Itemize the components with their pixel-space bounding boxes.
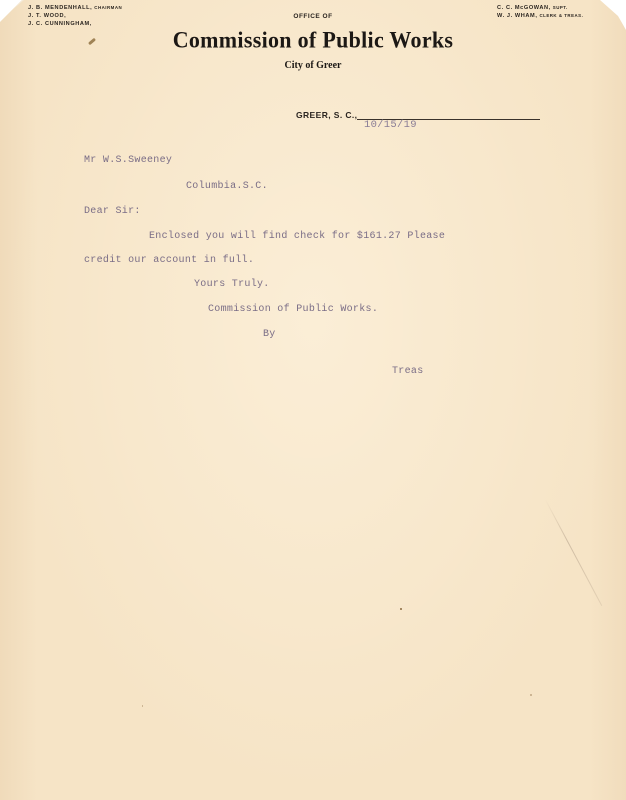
letterhead-chairman: J. B. MENDENHALL,CHAIRMAN	[28, 5, 122, 11]
paper-speck	[142, 705, 143, 707]
superintendent-role: SUPT.	[553, 5, 568, 10]
chairman-name: J. B. MENDENHALL,	[28, 5, 92, 11]
paper-crease	[545, 500, 602, 606]
by-label: By	[263, 329, 276, 340]
treas-label: Treas	[392, 366, 424, 377]
recipient-name: Mr W.S.Sweeney	[84, 155, 172, 166]
letterhead-subtitle: City of Greer	[0, 60, 626, 71]
salutation: Dear Sir:	[84, 206, 141, 217]
letter-date: 10/15/19	[364, 119, 417, 131]
letterhead-superintendent: C. C. McGOWAN,SUPT.	[497, 5, 568, 11]
paper-speck	[400, 608, 402, 610]
office-of-label: OFFICE OF	[0, 13, 626, 20]
letter-page: J. B. MENDENHALL,CHAIRMAN J. T. WOOD, J.…	[0, 0, 626, 800]
place-label: GREER, S. C.,	[296, 110, 357, 120]
body-line-2: credit our account in full.	[84, 255, 254, 266]
chairman-role: CHAIRMAN	[94, 5, 122, 10]
body-line-1: Enclosed you will find check for $161.27…	[149, 231, 445, 242]
paper-speck	[530, 694, 532, 696]
signature-org: Commission of Public Works.	[208, 304, 378, 315]
closing: Yours Truly.	[194, 279, 270, 290]
superintendent-name: C. C. McGOWAN,	[497, 5, 551, 11]
recipient-location: Columbia.S.C.	[186, 181, 268, 192]
